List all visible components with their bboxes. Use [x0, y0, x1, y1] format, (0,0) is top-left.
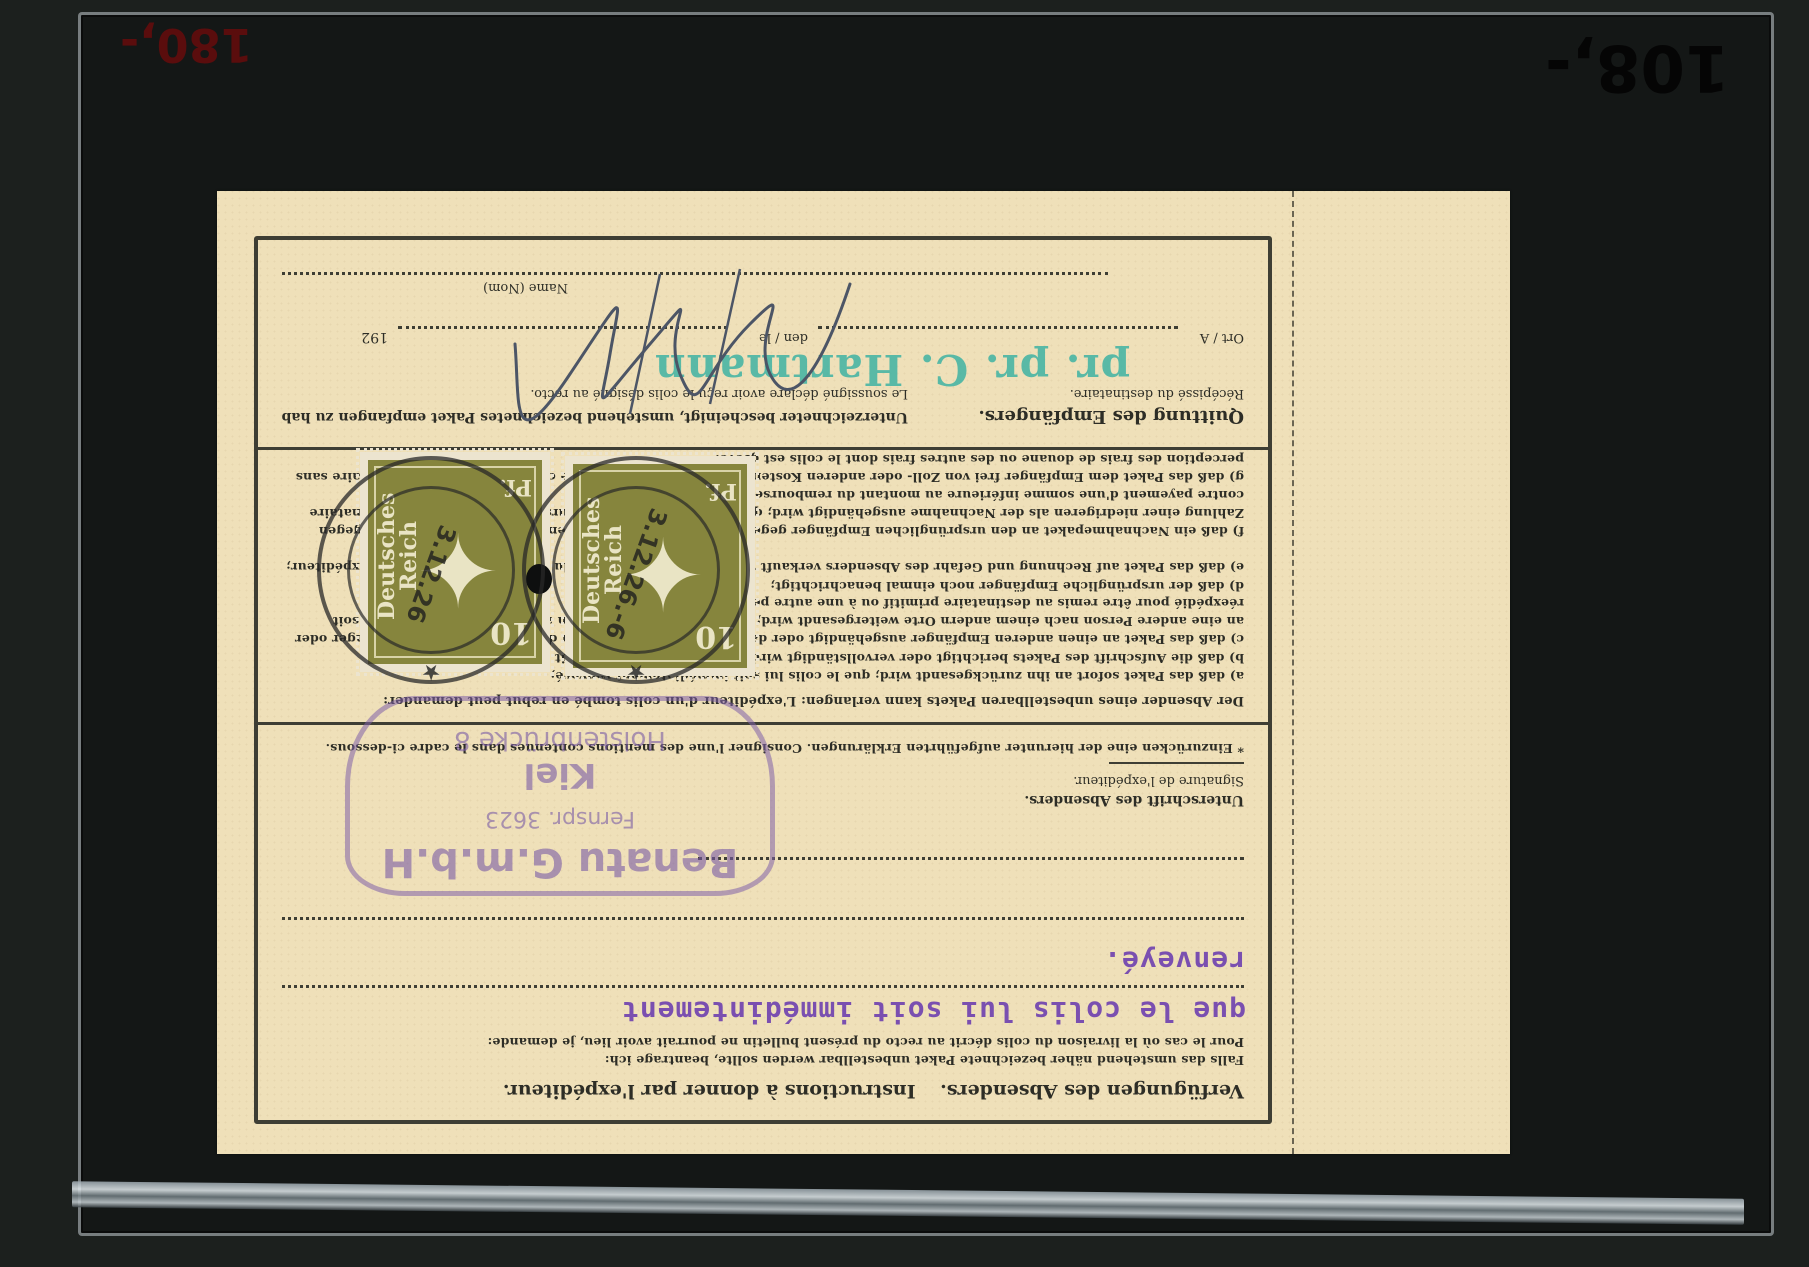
place-label: Ort / A — [1184, 330, 1244, 345]
handstamp-city: Kiel — [350, 755, 770, 795]
year-prefix: 192 — [328, 329, 388, 345]
star-icon: ★ — [626, 659, 646, 684]
handwritten-signature — [500, 264, 860, 434]
star-icon: ★ — [421, 659, 441, 684]
instructions-title-fr: Instructions à donner par l'expéditeur. — [503, 1080, 916, 1102]
signature-label-de: Unterschrift des Absenders. — [1024, 792, 1244, 808]
instructions-line-de: Falls das umstehend näher bezeichnete Pa… — [282, 1053, 1244, 1068]
dotted-line-1 — [282, 985, 1244, 988]
postmark-1: ★ 3.12.26.-6 — [522, 456, 750, 684]
place-dotted-line — [818, 326, 1178, 329]
perforation-line — [1292, 191, 1294, 1154]
coupon-strip — [1294, 191, 1510, 1154]
company-handstamp: Benatu G.m.b.H Fernspr. 3623 Kiel Holste… — [345, 696, 775, 896]
postmark-2: ★ 3.12.26 — [317, 456, 545, 684]
footnote-rule — [1109, 762, 1244, 764]
instructions-line-fr: Pour le cas où la livraison du colis déc… — [282, 1035, 1244, 1050]
signature-dotted-line — [698, 857, 1244, 860]
signature-label-fr: Signature de l'expéditeur. — [1073, 773, 1244, 788]
handstamp-company: Benatu G.m.b.H — [350, 839, 770, 885]
instructions-heading: Verfügungen des Absenders. Instructions … — [503, 1080, 1244, 1102]
receipt-title-de: Quittung des Empfängers. — [979, 406, 1244, 427]
dotted-line-2 — [282, 917, 1244, 920]
handstamp-street: Holstenbrücke 8 — [350, 725, 770, 755]
parcel-card: Verfügungen des Absenders. Instructions … — [217, 191, 1510, 1154]
instructions-title-de: Verfügungen des Absenders. — [940, 1080, 1244, 1102]
price-note-left: 180,- — [120, 18, 253, 72]
handstamp-phone: Fernspr. 3623 — [350, 806, 770, 831]
typed-instruction-line-1: que le colis lui soit immédintement — [621, 995, 1246, 1028]
price-note-right: 108,- — [1545, 30, 1729, 104]
typed-instruction-line-2: renveyé. — [1103, 945, 1246, 978]
